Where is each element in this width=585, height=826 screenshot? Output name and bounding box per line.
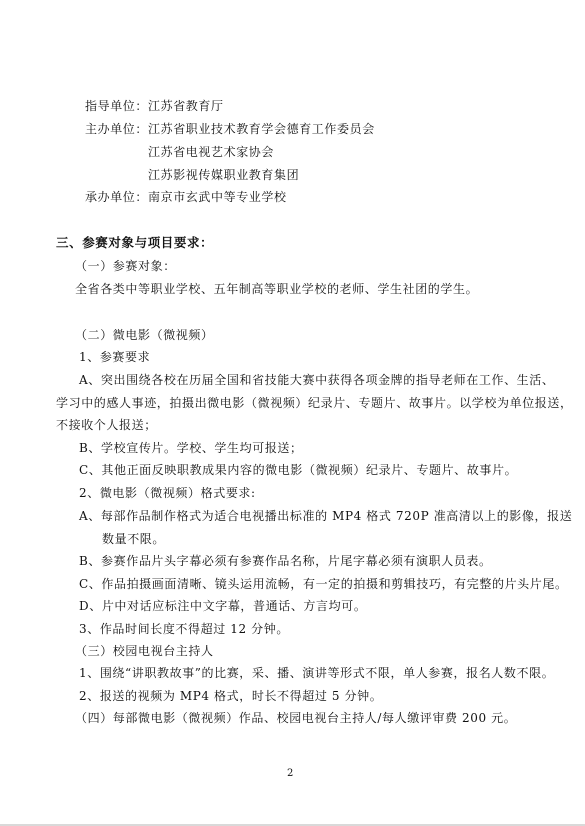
- part1-text: 全省各类中等职业学校、五年制高等职业学校的老师、学生社团的学生。: [75, 281, 478, 297]
- part4-text: （四）每部微电影（微视频）作品、校园电视台主持人/每人缴评审费 200 元。: [75, 710, 516, 726]
- host-unit-label: 主办单位：: [85, 121, 148, 137]
- part2-req-c: C、其他正面反映职教成果内容的微电影（微视频）纪录片、专题片、故事片。: [79, 462, 517, 478]
- host-unit-value-1: 江苏省职业技术教育学会德育工作委员会: [148, 121, 375, 137]
- part2-format-title: 2、微电影（微视频）格式要求:: [79, 485, 256, 501]
- part2-format-c: C、作品拍摄画面清晰、镜头运用流畅，有一定的拍摄和剪辑技巧，有完整的片头片尾。: [79, 576, 568, 592]
- page-number: 2: [287, 768, 293, 780]
- undertake-unit-value: 南京市玄武中等专业学校: [148, 189, 287, 205]
- part1-title: （一）参赛对象：: [75, 258, 176, 274]
- part2-format-b: B、参赛作品片头字幕必须有参赛作品名称，片尾字幕必须有演职人员表。: [79, 553, 492, 569]
- section-heading: 三、参赛对象与项目要求：: [56, 235, 213, 251]
- guide-unit-value: 江苏省教育厅: [148, 98, 224, 114]
- part2-req-b: B、学校宣传片。学校、学生均可报送；: [79, 440, 303, 456]
- part2-req-a-line3: 不接收个人报送；: [56, 417, 157, 433]
- host-unit-value-3: 江苏影视传媒职业教育集团: [148, 167, 299, 183]
- host-unit-value-2: 江苏省电视艺术家协会: [148, 144, 274, 160]
- part2-req-a-line2: 学习中的感人事迹，拍摄出微电影（微视频）纪录片、专题片、故事片。以学校为单位报送…: [56, 395, 573, 411]
- part3-title: （三）校园电视台主持人: [75, 643, 214, 659]
- part2-format-d: D、片中对话应标注中文字幕，普通话、方言均可。: [79, 598, 366, 614]
- part2-format-a-line1: A、每部作品制作格式为适合电视播出标准的 MP4 格式 720P 准高清以上的影…: [79, 508, 572, 524]
- part2-req-a-line1: A、突出围绕各校在历届全国和省技能大赛中获得各项金牌的指导老师在工作、生活、: [79, 372, 554, 388]
- document-page: 指导单位： 江苏省教育厅 主办单位： 江苏省职业技术教育学会德育工作委员会 江苏…: [0, 0, 585, 826]
- part2-duration: 3、作品时间长度不得超过 12 分钟。: [79, 621, 289, 637]
- guide-unit-label: 指导单位：: [85, 98, 148, 114]
- part2-title: （二）微电影（微视频）: [75, 327, 214, 343]
- part3-item2: 2、报送的视频为 MP4 格式，时长不得超过 5 分钟。: [79, 688, 382, 704]
- part3-item1: 1、围绕“讲职教故事”的比赛，采、播、演讲等形式不限，单人参赛，报名人数不限。: [79, 665, 554, 681]
- undertake-unit-label: 承办单位：: [85, 189, 148, 205]
- part2-format-a-line2: 数量不限。: [102, 531, 165, 547]
- part2-req-title: 1、参赛要求: [79, 349, 150, 365]
